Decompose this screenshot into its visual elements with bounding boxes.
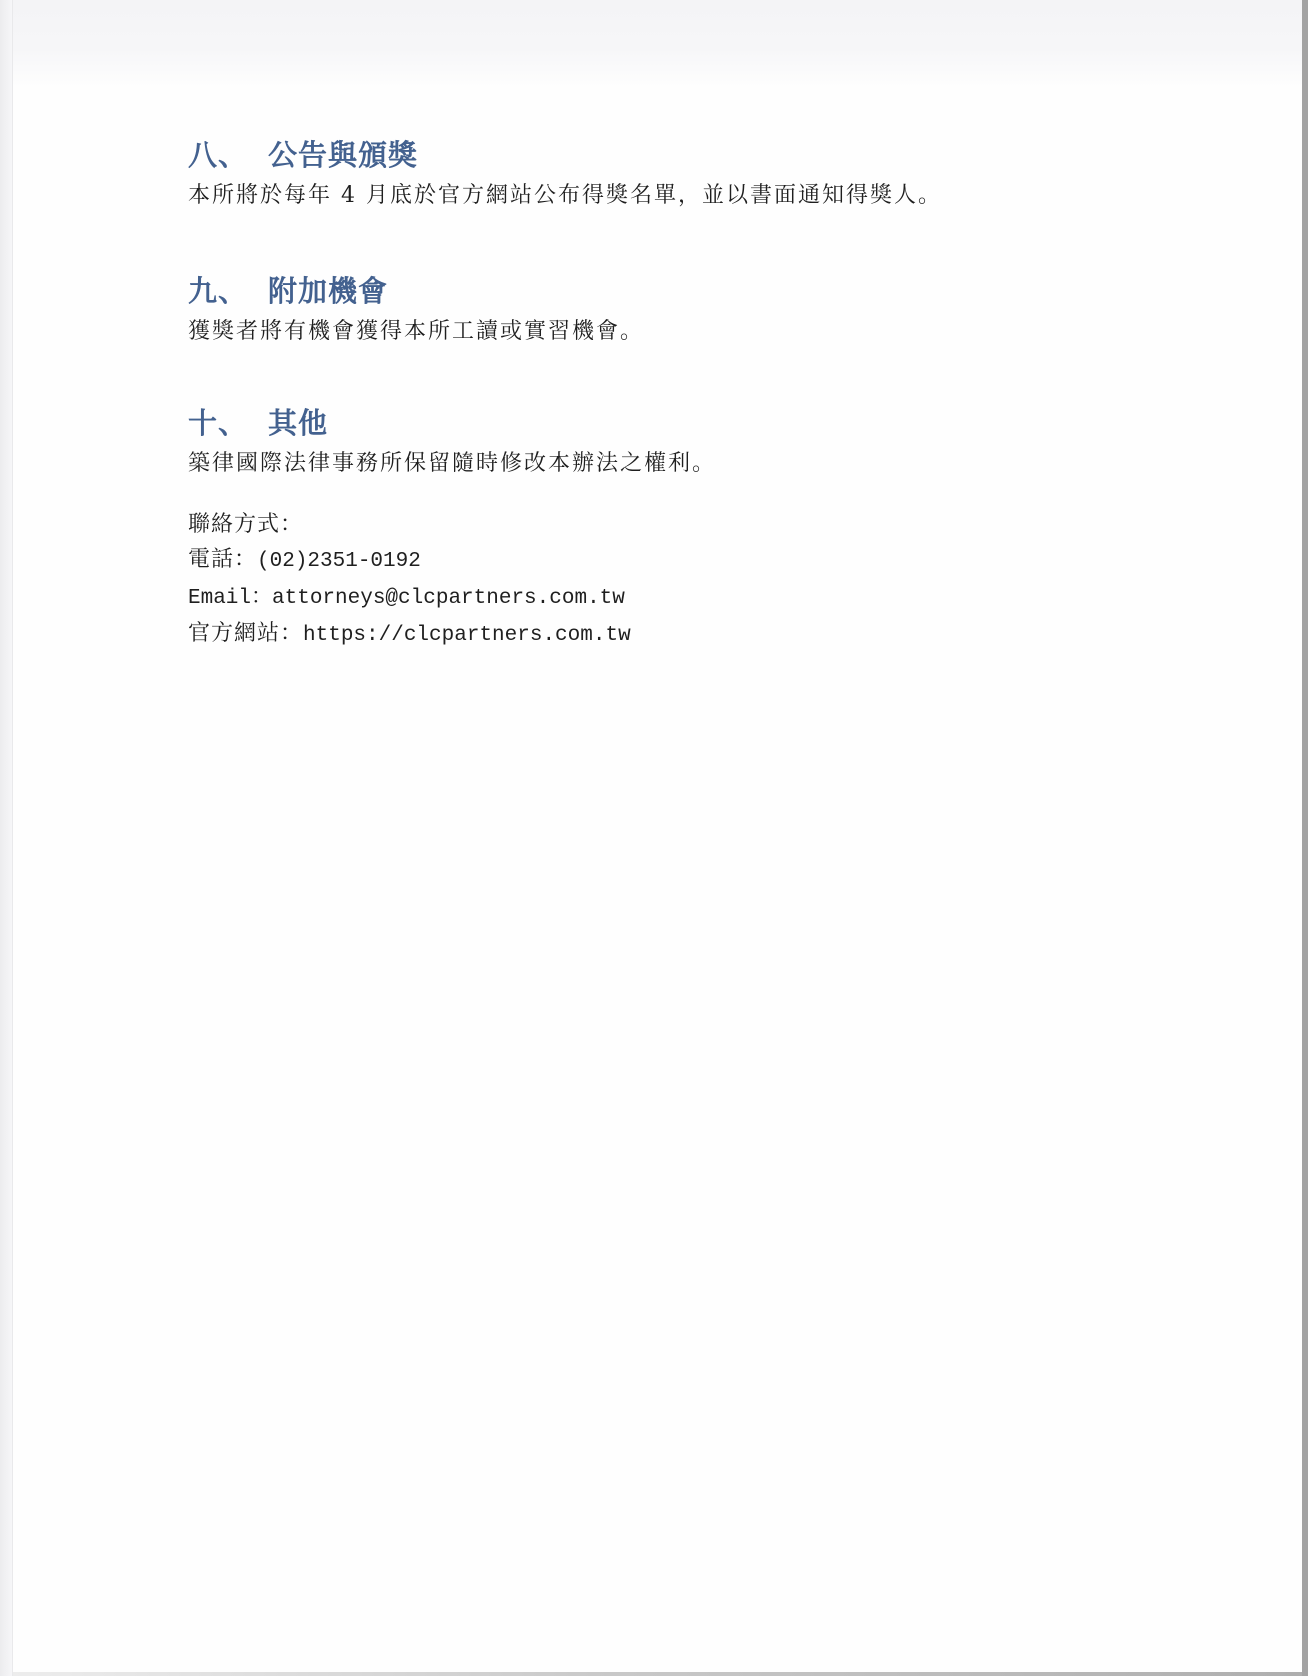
section-body: 本所將於每年 4 月底於官方網站公布得獎名單，並以書面通知得獎人。 xyxy=(188,181,1108,211)
scan-top-shadow xyxy=(12,0,1302,88)
contact-email-line: Email：attorneys@clcpartners.com.tw xyxy=(188,579,631,616)
website-value: https://clcpartners.com.tw xyxy=(303,624,631,647)
section-title: 附加機會 xyxy=(268,274,388,308)
website-label: 官方網站： xyxy=(188,621,303,646)
section-body: 獲獎者將有機會獲得本所工讀或實習機會。 xyxy=(188,317,1108,347)
scanned-page: 八、公告與頒獎 本所將於每年 4 月底於官方網站公布得獎名單，並以書面通知得獎人… xyxy=(0,0,1308,1676)
section-title: 公告與頒獎 xyxy=(268,138,418,172)
section-heading: 九、附加機會 xyxy=(188,273,1108,309)
contact-heading: 聯絡方式： xyxy=(188,507,631,542)
section-others: 十、其他 築律國際法律事務所保留隨時修改本辦法之權利。 xyxy=(188,405,1108,479)
contact-phone-line: 電話：(02)2351-0192 xyxy=(188,542,631,579)
scan-bottom-edge xyxy=(13,1672,1302,1676)
email-value: attorneys@clcpartners.com.tw xyxy=(272,587,625,610)
section-number: 十、 xyxy=(188,406,248,440)
contact-website-line: 官方網站：https://clcpartners.com.tw xyxy=(188,616,631,653)
section-heading: 八、公告與頒獎 xyxy=(188,137,1108,173)
phone-label: 電話： xyxy=(188,547,257,572)
section-heading: 十、其他 xyxy=(188,405,1108,441)
email-label: Email： xyxy=(188,587,272,610)
contact-block: 聯絡方式： 電話：(02)2351-0192 Email：attorneys@c… xyxy=(188,507,631,653)
phone-value: (02)2351-0192 xyxy=(257,550,421,573)
section-title: 其他 xyxy=(268,406,328,440)
section-number: 九、 xyxy=(188,274,248,308)
scan-left-edge xyxy=(0,0,13,1676)
scan-right-edge xyxy=(1302,0,1308,1676)
section-additional-opportunities: 九、附加機會 獲獎者將有機會獲得本所工讀或實習機會。 xyxy=(188,273,1108,347)
section-number: 八、 xyxy=(188,138,248,172)
section-announcement-awards: 八、公告與頒獎 本所將於每年 4 月底於官方網站公布得獎名單，並以書面通知得獎人… xyxy=(188,137,1108,211)
section-body: 築律國際法律事務所保留隨時修改本辦法之權利。 xyxy=(188,449,1108,479)
